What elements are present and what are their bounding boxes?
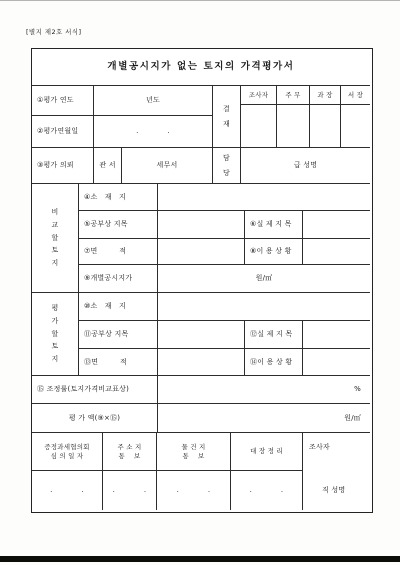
appraise-actual-category-label: ⑫실 제 지 목 — [245, 321, 303, 349]
section-label-compare-land: 비 교 할 토 지 — [32, 184, 79, 293]
compare-location-value — [158, 184, 370, 211]
appraisal-form-table: 개별공시지가 없는 토지의 가격평가서 ①평가 연도 년도 결 재 조사자 주 … — [31, 48, 373, 513]
compare-location-label: ④소 재 지 — [79, 184, 158, 211]
appraise-register-category-label: ⑪공부상 지목 — [79, 321, 158, 349]
appraise-location-value — [158, 293, 370, 321]
approval-sign-box-2 — [277, 105, 310, 148]
adjustment-rate-label: ⑮ 조정률(토지가격비교표상) — [32, 376, 158, 404]
footer-header-ledger-update: 대 장 정 리 — [231, 433, 303, 471]
compare-register-category-label: ⑤공부상 지목 — [79, 211, 158, 239]
field-value-tax-office: 세무서 — [122, 148, 213, 184]
approval-sign-box-4 — [341, 105, 370, 148]
scan-top-edge — [0, 0, 400, 1]
scan-bottom-edge — [0, 556, 400, 562]
field-label-in-charge: 담 당 — [213, 148, 241, 184]
approval-sign-box-1 — [241, 105, 277, 148]
footer-value-ledger-update: . . — [231, 471, 303, 510]
field-label-request: ③평가 의뢰 — [32, 148, 94, 184]
footer-value-address-notice: . . — [103, 471, 157, 510]
footer-header-property-notice: 물 건 지 통 보 — [157, 433, 231, 471]
compare-official-price-label: ⑨개별공시지가 — [79, 265, 158, 293]
field-value-rank-name: 급 성명 — [241, 148, 370, 184]
appraise-area-value — [158, 349, 245, 376]
approval-col-chief: 과 장 — [310, 86, 341, 105]
footer-value-property-notice: . . — [157, 471, 231, 510]
approval-col-investigator: 조사자 — [241, 86, 277, 105]
footer-header-address-notice: 주 소 지 통 보 — [103, 433, 157, 471]
compare-actual-category-value — [303, 211, 370, 239]
compare-actual-category-label: ⑥실 제 지 목 — [245, 211, 303, 239]
appraise-location-label: ⑩소 재 지 — [79, 293, 158, 321]
form-title: 개별공시지가 없는 토지의 가격평가서 — [32, 49, 370, 86]
appraise-usage-value — [303, 349, 370, 376]
field-label-office: 관 서 — [94, 148, 122, 184]
form-reference-label: [별지 제2호 서식] — [26, 27, 81, 36]
appraise-actual-category-value — [303, 321, 370, 349]
footer-value-council-date: . . — [32, 471, 103, 510]
approval-col-staff: 주 무 — [277, 86, 310, 105]
approval-stamp-label: 결 재 — [213, 86, 241, 148]
footer-header-council-date: 증정과세협의회 심 의 일 자 — [32, 433, 103, 471]
field-value-eval-year: 년도 — [94, 86, 213, 116]
compare-area-value — [158, 239, 245, 265]
compare-register-category-value — [158, 211, 245, 239]
investigator-label: 조사자 — [309, 443, 330, 452]
appraised-value-unit: 원/㎡ — [158, 404, 370, 433]
investigator-rank-name-label: 직 성명 — [322, 486, 345, 495]
compare-area-label: ⑦면 적 — [79, 239, 158, 265]
compare-official-price-unit: 원/㎡ — [158, 265, 370, 293]
appraise-usage-label: ⑭이 용 상 황 — [245, 349, 303, 376]
compare-usage-value — [303, 239, 370, 265]
appraise-area-label: ⑬면 적 — [79, 349, 158, 376]
section-label-appraise-land: 평 가 할 토 지 — [32, 293, 79, 376]
footer-investigator-cell: 조사자 직 성명 — [303, 433, 370, 510]
field-value-eval-date: . . — [94, 116, 213, 148]
approval-col-director: 서 장 — [341, 86, 370, 105]
field-label-eval-year: ①평가 연도 — [32, 86, 94, 116]
appraised-value-label: 평 가 액(⑨×⑮) — [32, 404, 158, 433]
appraise-register-category-value — [158, 321, 245, 349]
approval-sign-box-3 — [310, 105, 341, 148]
field-label-eval-date: ②평가연월일 — [32, 116, 94, 148]
adjustment-rate-unit: % — [158, 376, 370, 404]
compare-usage-label: ⑧이 용 상 황 — [245, 239, 303, 265]
